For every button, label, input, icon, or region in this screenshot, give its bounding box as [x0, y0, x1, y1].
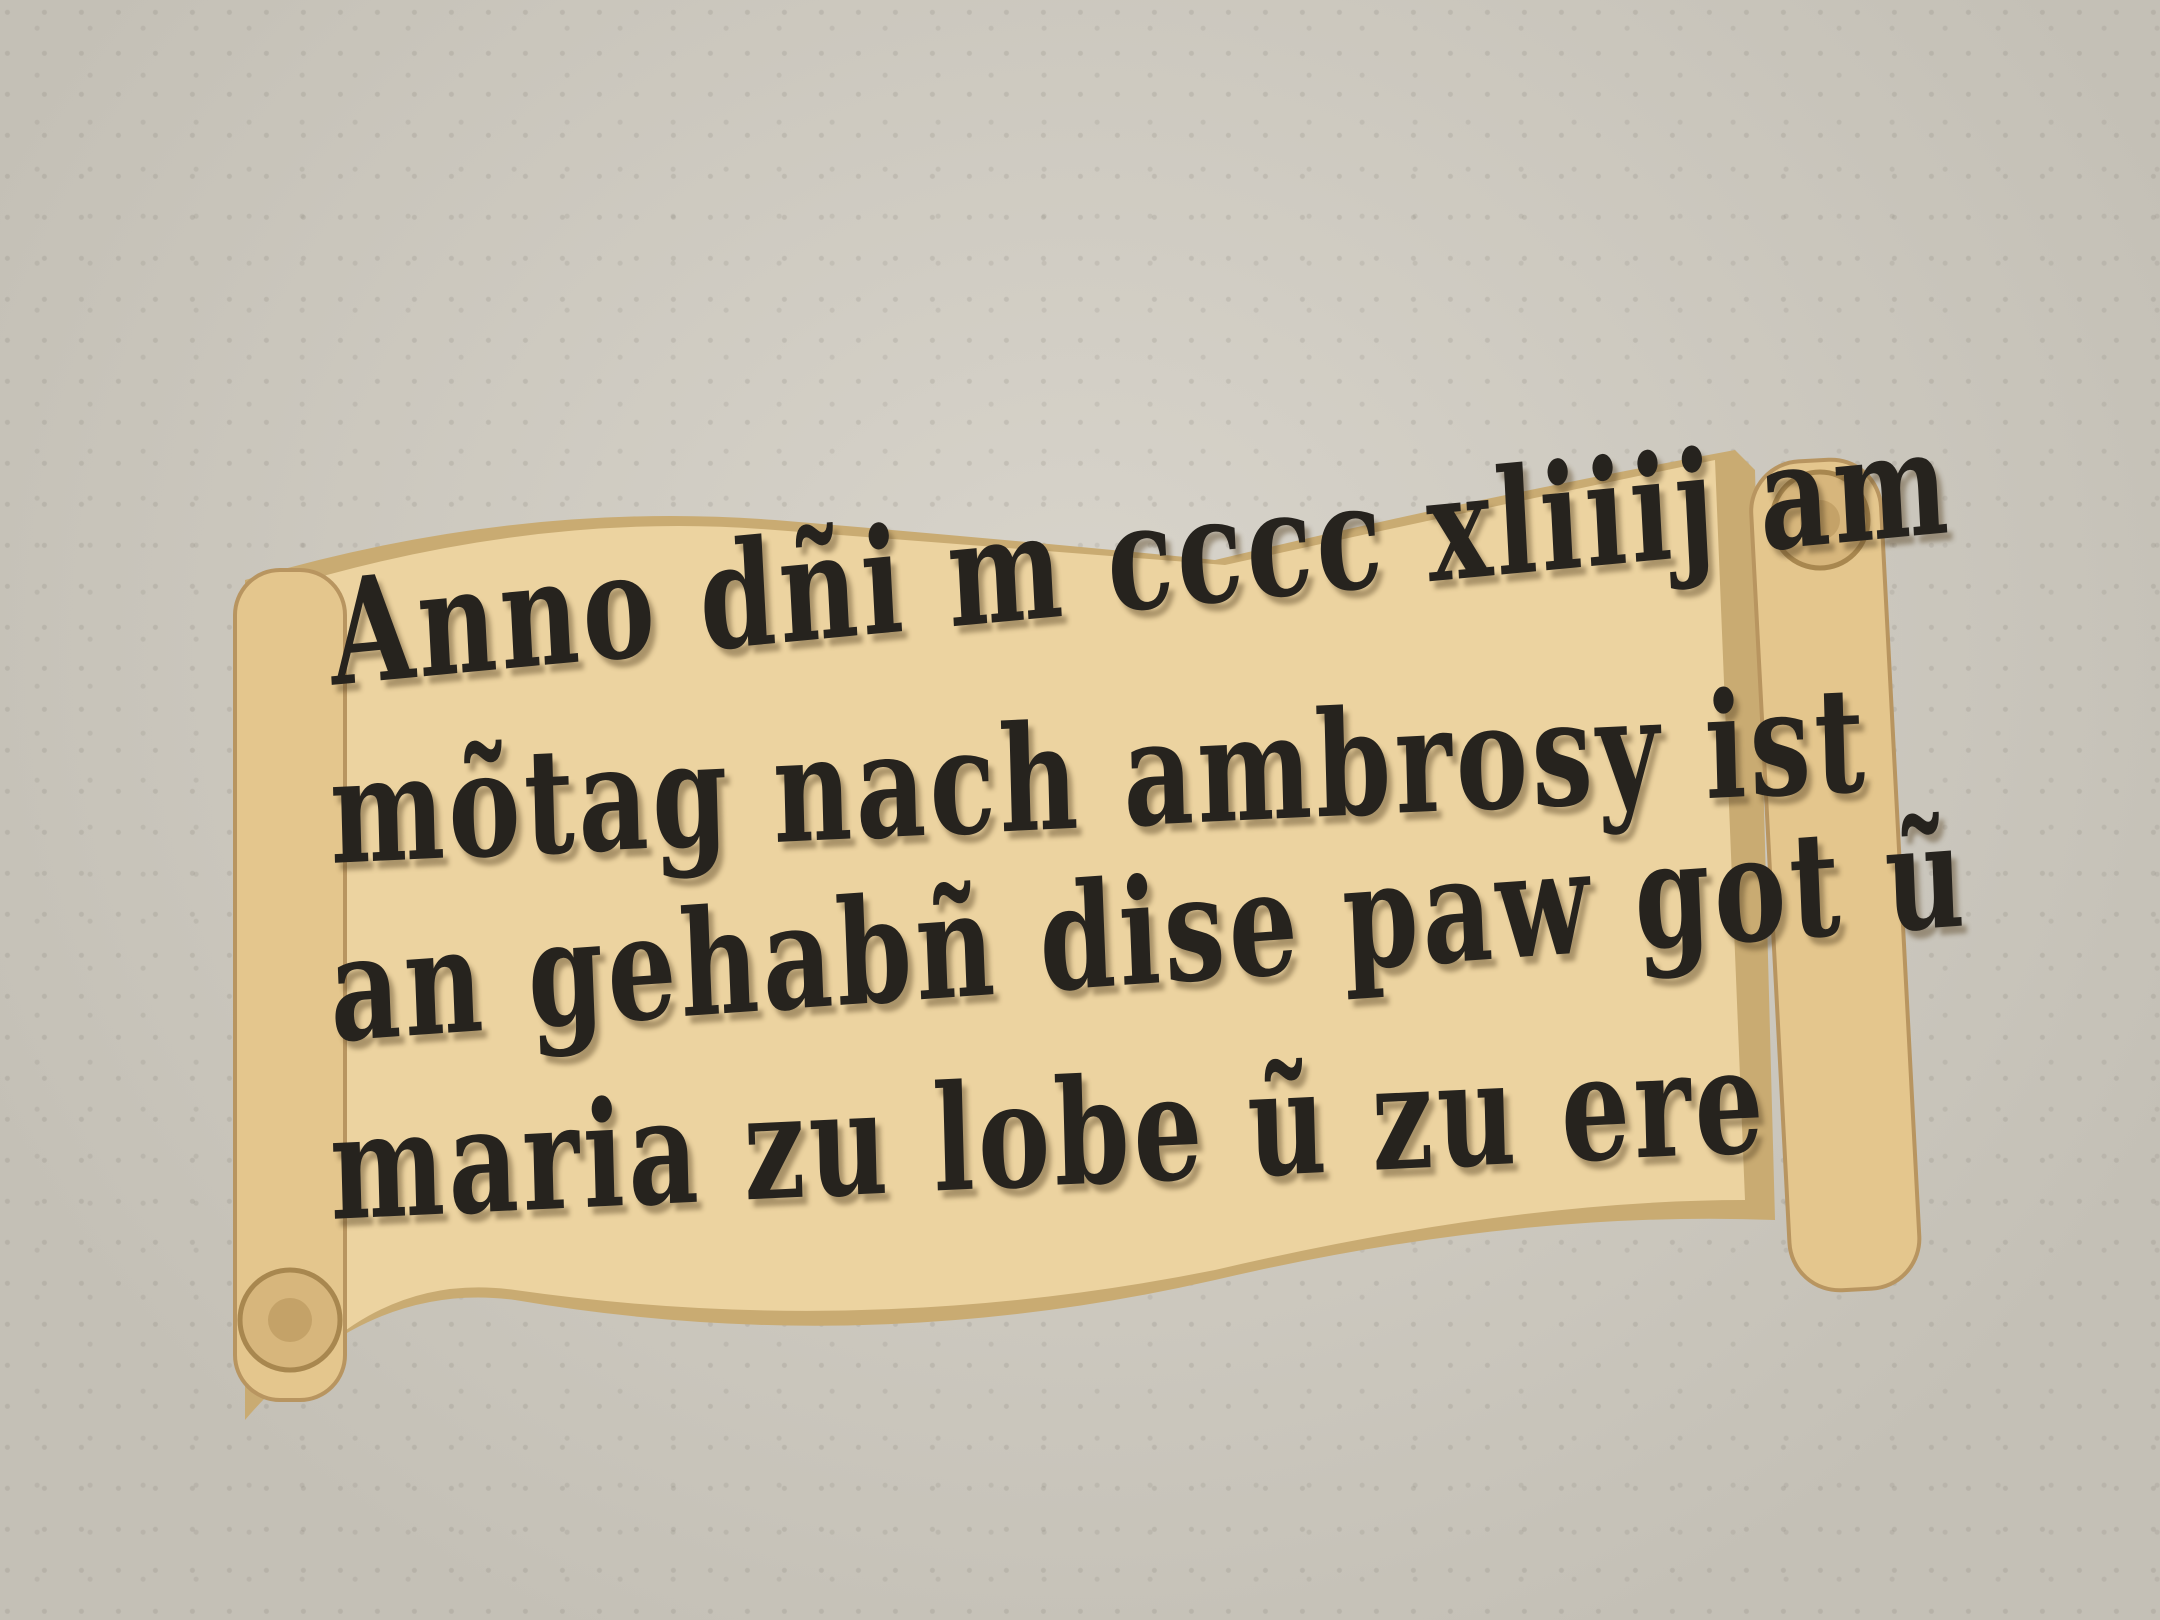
inscription-text: Anno dñi m cccc xliiij am mõtag nach amb…	[330, 560, 1860, 1244]
